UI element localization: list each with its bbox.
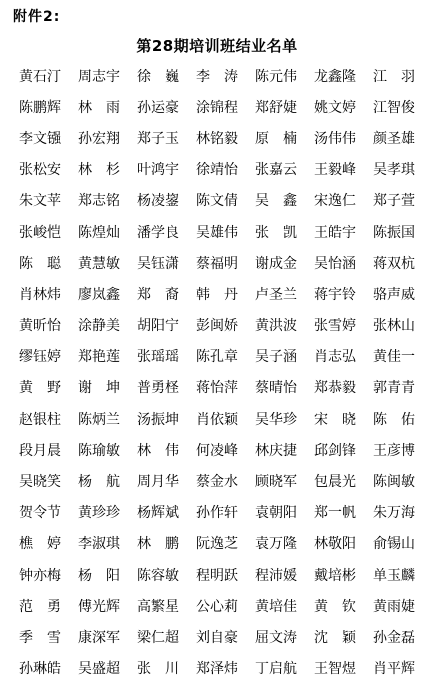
name-cell: 邱剑锋 [314, 444, 356, 458]
name-cell: 叶鸿宇 [137, 163, 179, 177]
name-cell: 肖林炜 [19, 288, 61, 302]
name-cell: 汤振坤 [137, 413, 179, 427]
name-cell: 黄培佳 [255, 600, 297, 614]
name-cell: 贺令节 [19, 506, 61, 520]
name-cell: 郑恭毅 [314, 381, 356, 395]
page-title: 第28期培训班结业名单 [0, 38, 434, 55]
name-cell: 吴 鑫 [255, 194, 297, 208]
name-cell: 林 雨 [78, 101, 120, 115]
name-cell: 张 川 [137, 662, 179, 676]
name-cell: 胡阳宁 [137, 319, 179, 333]
name-cell: 杨 航 [78, 475, 120, 489]
name-cell: 李文镪 [19, 132, 61, 146]
name-cell: 樵 婷 [19, 537, 61, 551]
name-cell: 顾晓军 [255, 475, 297, 489]
name-cell: 黄慧敏 [78, 257, 120, 271]
name-cell: 吴盛超 [78, 662, 120, 676]
name-cell: 李淑琪 [78, 537, 120, 551]
name-cell: 徐靖怡 [196, 163, 238, 177]
name-cell: 康深军 [78, 631, 120, 645]
name-cell: 赵银柱 [19, 413, 61, 427]
name-cell: 杨凌鋆 [137, 194, 179, 208]
name-cell: 阮逸芝 [196, 537, 238, 551]
name-cell: 谢成金 [255, 257, 297, 271]
name-cell: 梁仁超 [137, 631, 179, 645]
name-cell: 张 凯 [255, 226, 297, 240]
name-cell: 单玉麟 [373, 569, 415, 583]
name-cell: 陈孔章 [196, 350, 238, 364]
name-cell: 徐 巍 [137, 70, 179, 84]
name-cell: 缪钰婷 [19, 350, 61, 364]
name-cell: 袁万隆 [255, 537, 297, 551]
name-cell: 郑艳莲 [78, 350, 120, 364]
name-cell: 普勇柽 [137, 381, 179, 395]
roster-row: 陈 聪黄慧敏吴钰潇蔡福明谢成金吴怡涵蒋双杭 [19, 248, 415, 279]
name-cell: 涂静美 [78, 319, 120, 333]
name-cell: 吴华珍 [255, 413, 297, 427]
roster-row: 黄昕怡涂静美胡阳宁彭闽娇黄洪波张雪婷张林山 [19, 311, 415, 342]
name-cell: 俞锡山 [373, 537, 415, 551]
name-cell: 程沛媛 [255, 569, 297, 583]
name-cell: 张瑶瑶 [137, 350, 179, 364]
name-cell: 吴钰潇 [137, 257, 179, 271]
name-cell: 傅光辉 [78, 600, 120, 614]
name-cell: 孙金磊 [373, 631, 415, 645]
name-cell: 黄石汀 [19, 70, 61, 84]
name-cell: 蒋怡萍 [196, 381, 238, 395]
name-cell: 黄珍珍 [78, 506, 120, 520]
document-page: 附件2: 第28期培训班结业名单 黄石汀周志宇徐 巍李 涛陈元伟龙鑫隆江 羽陈鹏… [0, 0, 434, 685]
name-cell: 郭青青 [373, 381, 415, 395]
name-cell: 孙琳皓 [19, 662, 61, 676]
name-cell: 郑一帆 [314, 506, 356, 520]
name-cell: 黄洪波 [255, 319, 297, 333]
name-cell: 王彦博 [373, 444, 415, 458]
roster-row: 张峻恺陈煌灿潘学良吴雄伟张 凯王皓宇陈振国 [19, 217, 415, 248]
name-cell: 韩 丹 [196, 288, 238, 302]
name-cell: 戴培彬 [314, 569, 356, 583]
name-cell: 刘自豪 [196, 631, 238, 645]
name-cell: 张峻恺 [19, 226, 61, 240]
name-cell: 孙作轩 [196, 506, 238, 520]
name-cell: 郑 裔 [137, 288, 179, 302]
roster-row: 贺令节黄珍珍杨辉斌孙作轩袁朝阳郑一帆朱万海 [19, 498, 415, 529]
name-cell: 王皓宇 [314, 226, 356, 240]
roster-row: 樵 婷李淑琪林 鹏阮逸芝袁万隆林敬阳俞锡山 [19, 529, 415, 560]
name-cell: 颜圣雄 [373, 132, 415, 146]
name-cell: 卢圣兰 [255, 288, 297, 302]
name-cell: 张嘉云 [255, 163, 297, 177]
name-cell: 林铭毅 [196, 132, 238, 146]
name-cell: 陈煌灿 [78, 226, 120, 240]
name-cell: 朱文苹 [19, 194, 61, 208]
roster-row: 孙琳皓吴盛超张 川郑泽炜丁启航王智煜肖平辉 [19, 654, 415, 685]
name-cell: 孙运豪 [137, 101, 179, 115]
name-cell: 肖平辉 [373, 662, 415, 676]
name-cell: 吴孝琪 [373, 163, 415, 177]
roster-row: 肖林炜廖岚鑫郑 裔韩 丹卢圣兰蒋宇铃骆声威 [19, 279, 415, 310]
name-cell: 陈闽敏 [373, 475, 415, 489]
name-cell: 陈瑜敏 [78, 444, 120, 458]
name-cell: 潘学良 [137, 226, 179, 240]
name-cell: 郑子萱 [373, 194, 415, 208]
name-cell: 陈 聪 [19, 257, 61, 271]
name-cell: 钟亦梅 [19, 569, 61, 583]
name-cell: 宋 晓 [314, 413, 356, 427]
name-cell: 袁朝阳 [255, 506, 297, 520]
name-cell: 杨辉斌 [137, 506, 179, 520]
name-cell: 朱万海 [373, 506, 415, 520]
name-cell: 吴子涵 [255, 350, 297, 364]
name-cell: 高繁星 [137, 600, 179, 614]
roster-row: 李文镪孙宏翔郑子玉林铭毅原 楠汤伟伟颜圣雄 [19, 123, 415, 154]
roster-row: 张松安林 杉叶鸿宇徐靖怡张嘉云王毅峰吴孝琪 [19, 155, 415, 186]
roster-row: 季 雪康深军梁仁超刘自豪屈文涛沈 颖孙金磊 [19, 622, 415, 653]
name-cell: 黄 钦 [314, 600, 356, 614]
name-cell: 周月华 [137, 475, 179, 489]
roster-row: 吴晓笑杨 航周月华蔡金水顾晓军包晨光陈闽敏 [19, 466, 415, 497]
name-cell: 林 伟 [137, 444, 179, 458]
name-cell: 周志宇 [78, 70, 120, 84]
name-cell: 吴晓笑 [19, 475, 61, 489]
name-cell: 肖志弘 [314, 350, 356, 364]
roster-row: 缪钰婷郑艳莲张瑶瑶陈孔章吴子涵肖志弘黄佳一 [19, 342, 415, 373]
name-cell: 宋逸仁 [314, 194, 356, 208]
roster-row: 范 勇傅光辉高繁星公心莉黄培佳黄 钦黄雨婕 [19, 591, 415, 622]
name-cell: 廖岚鑫 [78, 288, 120, 302]
name-cell: 郑舒婕 [255, 101, 297, 115]
roster-row: 钟亦梅杨 阳陈容敏程明跃程沛媛戴培彬单玉麟 [19, 560, 415, 591]
name-cell: 王毅峰 [314, 163, 356, 177]
name-cell: 程明跃 [196, 569, 238, 583]
name-cell: 陈振国 [373, 226, 415, 240]
name-cell: 吴雄伟 [196, 226, 238, 240]
name-cell: 蔡晴怡 [255, 381, 297, 395]
name-cell: 陈鹏辉 [19, 101, 61, 115]
name-cell: 黄佳一 [373, 350, 415, 364]
name-cell: 江智俊 [373, 101, 415, 115]
name-cell: 蒋双杭 [373, 257, 415, 271]
name-cell: 季 雪 [19, 631, 61, 645]
name-cell: 包晨光 [314, 475, 356, 489]
name-cell: 范 勇 [19, 600, 61, 614]
name-cell: 段月晨 [19, 444, 61, 458]
name-cell: 蔡金水 [196, 475, 238, 489]
roster-row: 黄 野谢 坤普勇柽蒋怡萍蔡晴怡郑恭毅郭青青 [19, 373, 415, 404]
roster-row: 段月晨陈瑜敏林 伟何凌峰林庆捷邱剑锋王彦博 [19, 435, 415, 466]
name-cell: 黄雨婕 [373, 600, 415, 614]
name-cell: 黄昕怡 [19, 319, 61, 333]
name-cell: 汤伟伟 [314, 132, 356, 146]
name-cell: 江 羽 [373, 70, 415, 84]
name-cell: 林 杉 [78, 163, 120, 177]
roster-row: 陈鹏辉林 雨孙运豪涂锦程郑舒婕姚文婷江智俊 [19, 92, 415, 123]
name-cell: 骆声威 [373, 288, 415, 302]
name-cell: 蔡福明 [196, 257, 238, 271]
name-cell: 陈 佑 [373, 413, 415, 427]
name-cell: 张林山 [373, 319, 415, 333]
name-cell: 涂锦程 [196, 101, 238, 115]
name-cell: 郑志铭 [78, 194, 120, 208]
attachment-label: 附件2: [0, 0, 434, 25]
name-cell: 林敬阳 [314, 537, 356, 551]
name-cell: 李 涛 [196, 70, 238, 84]
name-cell: 吴怡涵 [314, 257, 356, 271]
name-cell: 孙宏翔 [78, 132, 120, 146]
name-cell: 屈文涛 [255, 631, 297, 645]
name-cell: 蒋宇铃 [314, 288, 356, 302]
name-cell: 沈 颖 [314, 631, 356, 645]
roster-row: 赵银柱陈炳兰汤振坤肖依颖吴华珍宋 晓陈 佑 [19, 404, 415, 435]
name-cell: 林庆捷 [255, 444, 297, 458]
name-cell: 丁启航 [255, 662, 297, 676]
name-cell: 张松安 [19, 163, 61, 177]
name-cell: 王智煜 [314, 662, 356, 676]
name-cell: 陈容敏 [137, 569, 179, 583]
name-cell: 黄 野 [19, 381, 61, 395]
name-cell: 姚文婷 [314, 101, 356, 115]
name-cell: 陈文倩 [196, 194, 238, 208]
name-cell: 郑泽炜 [196, 662, 238, 676]
name-cell: 陈元伟 [255, 70, 297, 84]
name-cell: 龙鑫隆 [314, 70, 356, 84]
name-roster: 黄石汀周志宇徐 巍李 涛陈元伟龙鑫隆江 羽陈鹏辉林 雨孙运豪涂锦程郑舒婕姚文婷江… [19, 61, 415, 685]
name-cell: 谢 坤 [78, 381, 120, 395]
name-cell: 肖依颖 [196, 413, 238, 427]
roster-row: 朱文苹郑志铭杨凌鋆陈文倩吴 鑫宋逸仁郑子萱 [19, 186, 415, 217]
name-cell: 何凌峰 [196, 444, 238, 458]
name-cell: 郑子玉 [137, 132, 179, 146]
name-cell: 原 楠 [255, 132, 297, 146]
name-cell: 彭闽娇 [196, 319, 238, 333]
name-cell: 林 鹏 [137, 537, 179, 551]
roster-row: 黄石汀周志宇徐 巍李 涛陈元伟龙鑫隆江 羽 [19, 61, 415, 92]
name-cell: 公心莉 [196, 600, 238, 614]
name-cell: 杨 阳 [78, 569, 120, 583]
name-cell: 陈炳兰 [78, 413, 120, 427]
name-cell: 张雪婷 [314, 319, 356, 333]
